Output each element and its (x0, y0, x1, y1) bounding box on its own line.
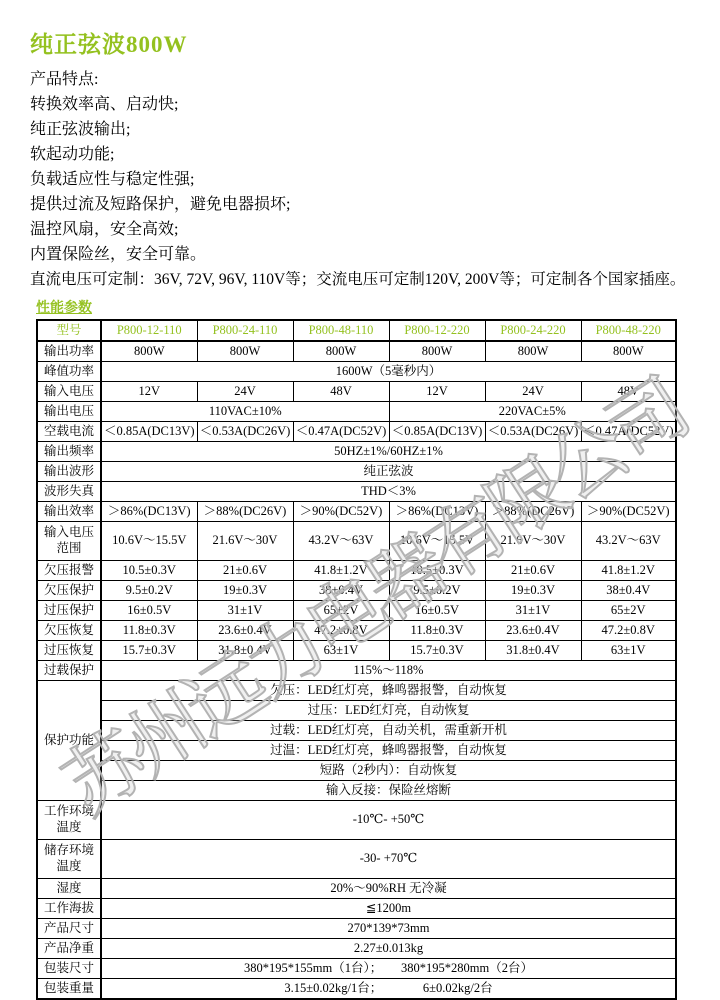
spec-cell: ＜0.53A(DC26V) (197, 422, 293, 442)
spec-cell: 31.8±0.4V (485, 641, 581, 661)
spec-row: 过载：LED红灯亮，自动关机，需重新开机 (37, 721, 676, 741)
spec-cell: 38±0.4V (293, 581, 389, 601)
spec-cell: ＞88%(DC26V) (485, 502, 581, 522)
spec-row: 输出波形纯正弦波 (37, 462, 676, 482)
spec-cell: THD＜3% (101, 482, 676, 502)
spec-cell: 过压：LED红灯亮，自动恢复 (101, 701, 676, 721)
row-label: 峰值功率 (37, 362, 101, 382)
spec-cell: 31±1V (485, 601, 581, 621)
spec-cell: 800W (581, 341, 676, 362)
spec-row: 峰值功率1600W（5毫秒内） (37, 362, 676, 382)
spec-cell: 65±2V (293, 601, 389, 621)
spec-sheet: 纯正弦波800W 产品特点: 转换效率高、启动快; 纯正弦波输出; 软起动功能;… (0, 0, 720, 1000)
spec-cell: 3.15±0.02kg/1台； 6±0.02kg/2台 (101, 979, 676, 1000)
spec-cell: ≦1200m (101, 899, 676, 919)
customization-line: 直流电压可定制：36V, 72V, 96V, 110V等；交流电压可定制120V… (30, 267, 720, 292)
spec-row: 输入电压12V24V48V12V24V48V (37, 382, 676, 402)
row-label: 输出效率 (37, 502, 101, 522)
feature-line: 转换效率高、启动快; (30, 92, 720, 117)
spec-cell: 10.5±0.3V (101, 561, 197, 581)
spec-table-body: 型号P800-12-110P800-24-110P800-48-110P800-… (37, 320, 676, 999)
feature-line: 纯正弦波输出; (30, 117, 720, 142)
feature-line: 提供过流及短路保护，避免电器损坏; (30, 192, 720, 217)
spec-row: 欠压保护9.5±0.2V19±0.3V38±0.4V9.5±0.2V19±0.3… (37, 581, 676, 601)
model-column-label: 型号 (37, 320, 101, 341)
spec-cell: 输入反接：保险丝熔断 (101, 781, 676, 801)
spec-row: 短路（2秒内）：自动恢复 (37, 761, 676, 781)
spec-row: 过载保护115%～118% (37, 661, 676, 681)
row-label: 包装重量 (37, 979, 101, 1000)
spec-cell: 63±1V (293, 641, 389, 661)
spec-row: 储存环境温度-30- +70℃ (37, 840, 676, 879)
spec-row: 工作环境温度-10℃- +50℃ (37, 801, 676, 840)
spec-cell: 短路（2秒内）：自动恢复 (101, 761, 676, 781)
spec-row: 包装尺寸380*195*155mm（1台）； 380*195*280mm（2台） (37, 959, 676, 979)
spec-row: 过压：LED红灯亮，自动恢复 (37, 701, 676, 721)
spec-cell: ＞88%(DC26V) (197, 502, 293, 522)
spec-cell: 2.27±0.013kg (101, 939, 676, 959)
spec-cell: 纯正弦波 (101, 462, 676, 482)
spec-cell: 21±0.6V (485, 561, 581, 581)
spec-row: 欠压恢复11.8±0.3V23.6±0.4V47.2±0.8V11.8±0.3V… (37, 621, 676, 641)
row-label: 输入电压 (37, 382, 101, 402)
spec-cell: 21.6V～30V (485, 522, 581, 561)
spec-row: 保护功能欠压：LED红灯亮，蜂鸣器报警，自动恢复 (37, 681, 676, 701)
spec-cell: -10℃- +50℃ (101, 801, 676, 840)
spec-row: 波形失真THD＜3% (37, 482, 676, 502)
spec-cell: 16±0.5V (389, 601, 485, 621)
row-label: 保护功能 (37, 681, 101, 801)
row-label: 产品尺寸 (37, 919, 101, 939)
spec-row: 过温：LED红灯亮，蜂鸣器报警，自动恢复 (37, 741, 676, 761)
spec-cell: 48V (293, 382, 389, 402)
row-label: 过压保护 (37, 601, 101, 621)
spec-cell: 43.2V～63V (293, 522, 389, 561)
spec-cell: 12V (389, 382, 485, 402)
row-label: 波形失真 (37, 482, 101, 502)
spec-row: 输出电压110VAC±10%220VAC±5% (37, 402, 676, 422)
row-label: 工作海拔 (37, 899, 101, 919)
spec-cell: 43.2V～63V (581, 522, 676, 561)
spec-cell: 15.7±0.3V (101, 641, 197, 661)
spec-cell: 10.5±0.3V (389, 561, 485, 581)
row-label: 储存环境温度 (37, 840, 101, 879)
row-label: 过压恢复 (37, 641, 101, 661)
row-label: 输出频率 (37, 442, 101, 462)
spec-cell: 过载：LED红灯亮，自动关机，需重新开机 (101, 721, 676, 741)
spec-cell: 800W (485, 341, 581, 362)
spec-cell: 12V (101, 382, 197, 402)
feature-line: 软起动功能; (30, 142, 720, 167)
row-label: 输出波形 (37, 462, 101, 482)
spec-cell: 20%～90%RH 无冷凝 (101, 879, 676, 899)
spec-row: 空载电流＜0.85A(DC13V)＜0.53A(DC26V)＜0.47A(DC5… (37, 422, 676, 442)
row-label: 空载电流 (37, 422, 101, 442)
row-label: 工作环境温度 (37, 801, 101, 840)
spec-cell: 50HZ±1%/60HZ±1% (101, 442, 676, 462)
spec-cell: ＜0.53A(DC26V) (485, 422, 581, 442)
spec-cell: ＜0.47A(DC52V) (293, 422, 389, 442)
spec-table: 型号P800-12-110P800-24-110P800-48-110P800-… (36, 319, 677, 1000)
model-header-cell: P800-24-110 (197, 320, 293, 341)
spec-cell: ＞90%(DC52V) (581, 502, 676, 522)
spec-cell: 19±0.3V (485, 581, 581, 601)
spec-cell: 11.8±0.3V (101, 621, 197, 641)
spec-row: 输出效率＞86%(DC13V)＞88%(DC26V)＞90%(DC52V)＞86… (37, 502, 676, 522)
spec-row: 欠压报警10.5±0.3V21±0.6V41.8±1.2V10.5±0.3V21… (37, 561, 676, 581)
spec-cell: 380*195*155mm（1台）； 380*195*280mm（2台） (101, 959, 676, 979)
spec-cell: 10.6V～15.5V (389, 522, 485, 561)
features-heading: 产品特点: (30, 67, 720, 92)
row-label: 包装尺寸 (37, 959, 101, 979)
spec-row: 输入反接：保险丝熔断 (37, 781, 676, 801)
spec-cell: 19±0.3V (197, 581, 293, 601)
spec-row: 包装重量3.15±0.02kg/1台； 6±0.02kg/2台 (37, 979, 676, 1000)
row-label: 输出电压 (37, 402, 101, 422)
page-title: 纯正弦波800W (30, 26, 720, 59)
spec-cell: 23.6±0.4V (197, 621, 293, 641)
spec-cell: ＜0.85A(DC13V) (389, 422, 485, 442)
spec-cell: 38±0.4V (581, 581, 676, 601)
row-label: 产品净重 (37, 939, 101, 959)
spec-cell: 欠压：LED红灯亮，蜂鸣器报警，自动恢复 (101, 681, 676, 701)
spec-cell: ＞86%(DC13V) (101, 502, 197, 522)
spec-cell: 15.7±0.3V (389, 641, 485, 661)
spec-cell: 过温：LED红灯亮，蜂鸣器报警，自动恢复 (101, 741, 676, 761)
spec-cell: 41.8±1.2V (581, 561, 676, 581)
spec-cell: 110VAC±10% (101, 402, 389, 422)
spec-cell: 41.8±1.2V (293, 561, 389, 581)
spec-cell: 31±1V (197, 601, 293, 621)
model-header-cell: P800-48-220 (581, 320, 676, 341)
row-label: 欠压保护 (37, 581, 101, 601)
row-label: 输出功率 (37, 341, 101, 362)
feature-line: 负载适应性与稳定性强; (30, 167, 720, 192)
feature-line: 温控风扇，安全高效; (30, 217, 720, 242)
model-header-cell: P800-48-110 (293, 320, 389, 341)
row-label: 湿度 (37, 879, 101, 899)
spec-cell: 11.8±0.3V (389, 621, 485, 641)
spec-row: 输入电压范围10.6V～15.5V21.6V～30V43.2V～63V10.6V… (37, 522, 676, 561)
spec-cell: 16±0.5V (101, 601, 197, 621)
spec-cell: -30- +70℃ (101, 840, 676, 879)
spec-header-row: 型号P800-12-110P800-24-110P800-48-110P800-… (37, 320, 676, 341)
spec-row: 过压恢复15.7±0.3V31.8±0.4V63±1V15.7±0.3V31.8… (37, 641, 676, 661)
spec-cell: 800W (293, 341, 389, 362)
spec-row: 工作海拔≦1200m (37, 899, 676, 919)
spec-row: 过压保护16±0.5V31±1V65±2V16±0.5V31±1V65±2V (37, 601, 676, 621)
spec-row: 产品净重2.27±0.013kg (37, 939, 676, 959)
performance-params-heading: 性能参数 (36, 297, 92, 317)
spec-cell: 9.5±0.2V (389, 581, 485, 601)
spec-cell: ＜0.85A(DC13V) (101, 422, 197, 442)
spec-cell: 31.8±0.4V (197, 641, 293, 661)
row-label: 欠压恢复 (37, 621, 101, 641)
row-label: 输入电压范围 (37, 522, 101, 561)
spec-cell: 21±0.6V (197, 561, 293, 581)
spec-cell: ＞90%(DC52V) (293, 502, 389, 522)
spec-cell: 9.5±0.2V (101, 581, 197, 601)
spec-cell: 10.6V～15.5V (101, 522, 197, 561)
spec-cell: 63±1V (581, 641, 676, 661)
spec-row: 输出频率50HZ±1%/60HZ±1% (37, 442, 676, 462)
spec-cell: 1600W（5毫秒内） (101, 362, 676, 382)
spec-cell: 48V (581, 382, 676, 402)
spec-cell: 47.2±0.8V (581, 621, 676, 641)
spec-cell: 800W (197, 341, 293, 362)
spec-cell: 24V (485, 382, 581, 402)
model-header-cell: P800-12-220 (389, 320, 485, 341)
spec-row: 输出功率800W800W800W800W800W800W (37, 341, 676, 362)
spec-row: 产品尺寸270*139*73mm (37, 919, 676, 939)
spec-cell: 24V (197, 382, 293, 402)
spec-cell: 23.6±0.4V (485, 621, 581, 641)
feature-line: 内置保险丝，安全可靠。 (30, 242, 720, 267)
spec-cell: ＜0.47A(DC52V) (581, 422, 676, 442)
spec-cell: 21.6V～30V (197, 522, 293, 561)
spec-cell: 800W (389, 341, 485, 362)
model-header-cell: P800-24-220 (485, 320, 581, 341)
spec-cell: 65±2V (581, 601, 676, 621)
spec-row: 湿度20%～90%RH 无冷凝 (37, 879, 676, 899)
spec-cell: 800W (101, 341, 197, 362)
spec-cell: 115%～118% (101, 661, 676, 681)
spec-cell: 47.2±0.8V (293, 621, 389, 641)
row-label: 欠压报警 (37, 561, 101, 581)
row-label: 过载保护 (37, 661, 101, 681)
spec-cell: 270*139*73mm (101, 919, 676, 939)
model-header-cell: P800-12-110 (101, 320, 197, 341)
spec-cell: ＞86%(DC13V) (389, 502, 485, 522)
spec-cell: 220VAC±5% (389, 402, 676, 422)
